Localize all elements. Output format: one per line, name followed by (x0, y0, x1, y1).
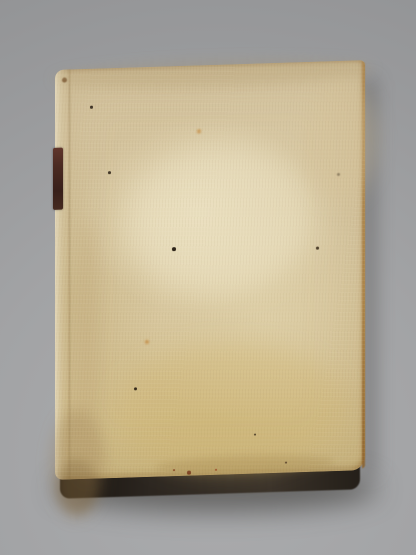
photo-backdrop (0, 0, 416, 555)
vellum-speck (337, 173, 340, 176)
vellum-speck (254, 434, 256, 436)
book-spine (55, 69, 68, 479)
vellum-speck (90, 106, 93, 109)
vellum-speck (172, 247, 176, 251)
vellum-stain (53, 56, 373, 92)
vellum-speck (187, 471, 191, 475)
book-vellum-cover (55, 60, 365, 480)
vellum-stain (75, 218, 101, 479)
vellum-speck (108, 171, 111, 174)
vellum-stain (115, 341, 345, 478)
vellum-speck (145, 340, 149, 344)
spine-hinge-crease (68, 69, 71, 479)
vellum-stain (125, 142, 315, 298)
spine-title-label (53, 148, 63, 210)
vellum-speck (215, 469, 217, 471)
vellum-texture (55, 60, 365, 480)
vellum-speck (285, 462, 287, 464)
vellum-speck (173, 469, 175, 471)
vellum-marks-layer (55, 60, 365, 70)
vellum-speck (316, 247, 319, 250)
book-fore-edge (362, 62, 365, 468)
vellum-speck (197, 129, 201, 133)
vellum-speck (134, 387, 137, 390)
